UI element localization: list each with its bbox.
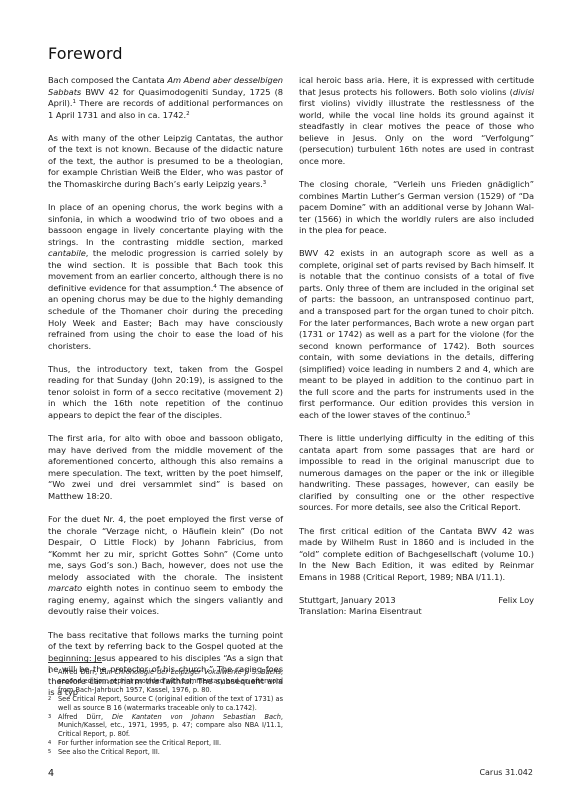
paragraph-composition: Bach composed the Cantata Am Abend aber … xyxy=(48,75,283,121)
footnote-ref-3[interactable]: 3 xyxy=(263,180,266,186)
footnote-3: 3 Alfred Dürr, Die Kantaten von Johann S… xyxy=(48,713,283,740)
page-number: 4 xyxy=(48,768,54,779)
paragraph-editions: The first critical edition of the Cantat… xyxy=(299,526,534,584)
footnote-divider xyxy=(48,662,102,663)
left-column: Bach composed the Cantata Am Abend aber … xyxy=(48,75,283,710)
footnote-ref-5[interactable]: 5 xyxy=(467,411,470,417)
paragraph-recitative: Thus, the introductory text, taken from … xyxy=(48,364,283,422)
footnote-2: 2 See Critical Report, Source C (origina… xyxy=(48,695,283,713)
author-name: Felix Loy xyxy=(498,595,534,607)
paragraph-editing: There is little underlying difficulty in… xyxy=(299,433,534,514)
footnote-1: 1 Alfred Dürr, Zur Chronologie der Leipz… xyxy=(48,668,283,695)
paragraph-author: As with many of the other Leipzig Cantat… xyxy=(48,133,283,191)
footnote-ref-2[interactable]: 2 xyxy=(186,111,189,117)
translator-credit: Translation: Marina Eisentraut xyxy=(299,606,534,618)
paragraph-first-aria: The first aria, for alto with oboe and b… xyxy=(48,433,283,502)
paragraph-bass-aria: ical heroic bass aria. Here, it is expre… xyxy=(299,75,534,167)
paragraph-sinfonia: In place of an opening chorus, the work … xyxy=(48,202,283,352)
paragraph-closing-chorale: The closing chorale, “Verleih uns Friede… xyxy=(299,179,534,237)
paragraph-duet: For the duet Nr. 4, the poet employed th… xyxy=(48,514,283,618)
signature-line: Stuttgart, January 2013 Felix Loy xyxy=(299,595,534,607)
footnote-4: 4 For further information see the Critic… xyxy=(48,739,283,748)
footnotes: 1 Alfred Dürr, Zur Chronologie der Leipz… xyxy=(48,662,283,757)
right-column: ical heroic bass aria. Here, it is expre… xyxy=(299,75,534,618)
footnote-5: 5 See also the Critical Report, III. xyxy=(48,748,283,757)
paragraph-sources: BWV 42 exists in an autograph score as w… xyxy=(299,248,534,421)
place-date: Stuttgart, January 2013 xyxy=(299,595,396,607)
page-title: Foreword xyxy=(48,44,123,63)
catalog-number: Carus 31.042 xyxy=(479,768,533,777)
